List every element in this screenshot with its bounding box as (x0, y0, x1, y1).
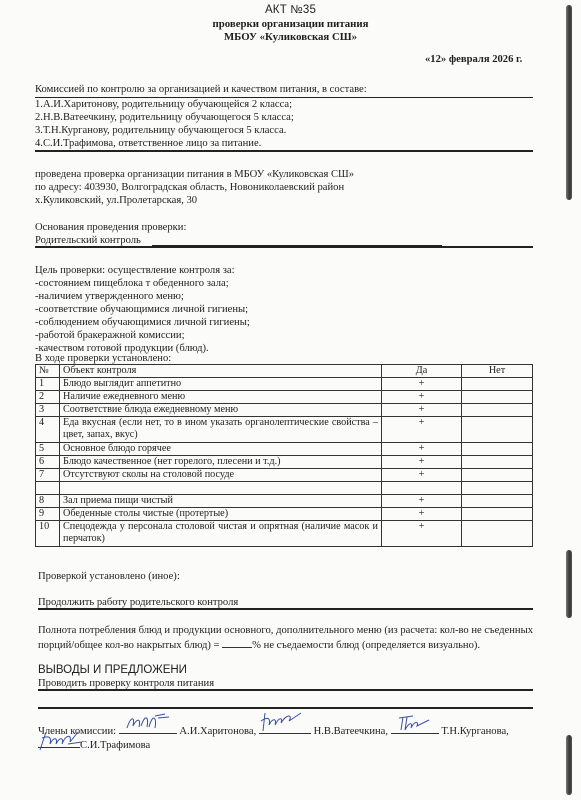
row-object (60, 482, 382, 495)
commission-intro: Комиссией по контролю за организацией и … (35, 83, 367, 96)
row-no (462, 521, 533, 547)
row-yes: + (382, 495, 462, 508)
school-name: МБОУ «Куликовская СШ» (0, 31, 581, 44)
signature-icon (125, 712, 183, 734)
row-no (462, 391, 533, 404)
row-num: 6 (36, 456, 60, 469)
row-num: 10 (36, 521, 60, 547)
other-label: Проверкой установлено (иное): (38, 570, 180, 583)
signature-line (391, 722, 439, 734)
row-object: Блюдо выглядит аппетитно (60, 378, 382, 391)
table-row: 10 Спецодежда у персонала столовой чиста… (36, 521, 533, 547)
table-row: 9 Обеденные столы чистые (протертые) + (36, 508, 533, 521)
table-row: 4 Еда вкусная (если нет, то в ином указа… (36, 417, 533, 443)
table-row: 8 Зал приема пищи чистый + (36, 495, 533, 508)
row-yes: + (382, 456, 462, 469)
row-no (462, 443, 533, 456)
row-no (462, 404, 533, 417)
row-num: 4 (36, 417, 60, 443)
row-object: Еда вкусная (если нет, то в ином указать… (60, 417, 382, 443)
row-yes: + (382, 508, 462, 521)
row-object: Наличие ежедневного меню (60, 391, 382, 404)
signature-icon (397, 714, 445, 734)
commission-member: 4.С.И.Трафимова, ответственное лицо за п… (35, 137, 261, 150)
goal-item: -соответствие обучающимися личной гигиен… (35, 303, 248, 316)
row-yes (382, 482, 462, 495)
goal-item: -наличием утвержденного меню; (35, 290, 184, 303)
divider (38, 608, 533, 610)
signature-line (38, 736, 80, 748)
row-object: Обеденные столы чистые (протертые) (60, 508, 382, 521)
row-no (462, 495, 533, 508)
row-no (462, 378, 533, 391)
consumption-percent-blank (222, 637, 252, 648)
member-name: А.И.Харитонова, (179, 726, 256, 737)
table-row: 6 Блюдо качественное (нет горелого, плес… (36, 456, 533, 469)
basis-label: Основания проведения проверки: (35, 221, 186, 234)
act-subtitle: проверки организации питания (0, 18, 581, 31)
row-object: Отсутствуют сколы на столовой посуде (60, 469, 382, 482)
row-num: 3 (36, 404, 60, 417)
inspection-address: х.Куликовский, ул.Пролетарская, 30 (35, 194, 197, 207)
act-title: АКТ №35 (0, 3, 581, 18)
title-block: АКТ №35 проверки организации питания МБО… (0, 3, 581, 44)
row-yes: + (382, 469, 462, 482)
signatures-row-2: С.И.Трафимова (38, 736, 150, 752)
conclusions-label: ВЫВОДЫ И ПРЕДЛОЖЕНИ (38, 663, 187, 677)
row-num: 5 (36, 443, 60, 456)
header-object: Объект контроля (60, 365, 382, 378)
document-page: АКТ №35 проверки организации питания МБО… (0, 0, 581, 800)
commission-member: 3.Т.Н.Курганову, родительницу обучающего… (35, 124, 286, 137)
row-object: Соответствие блюда ежедневному меню (60, 404, 382, 417)
member-name: С.И.Трафимова (80, 740, 150, 751)
control-table: № Объект контроля Да Нет 1 Блюдо выгляди… (35, 364, 533, 547)
inspection-address: по адресу: 403930, Волгоградская область… (35, 181, 344, 194)
divider (38, 707, 533, 709)
signature-icon (38, 730, 86, 752)
row-object: Основное блюдо горячее (60, 443, 382, 456)
table-row: 5 Основное блюдо горячее + (36, 443, 533, 456)
divider (38, 689, 533, 691)
act-date: «12» февраля 2026 г. (425, 53, 522, 66)
row-num: 1 (36, 378, 60, 391)
row-no (462, 482, 533, 495)
row-no (462, 417, 533, 443)
row-num: 9 (36, 508, 60, 521)
consumption-paragraph: Полнота потребления блюд и продукции осн… (38, 624, 533, 652)
table-row-empty (36, 482, 533, 495)
signature-icon (259, 711, 311, 733)
row-yes: + (382, 391, 462, 404)
header-num: № (36, 365, 60, 378)
row-no (462, 469, 533, 482)
header-no: Нет (462, 365, 533, 378)
scan-binding-edge (566, 550, 572, 618)
goal-item: -соблюдением обучающимися личной гигиены… (35, 316, 250, 329)
row-num: 2 (36, 391, 60, 404)
row-yes: + (382, 417, 462, 443)
table-row: 1 Блюдо выглядит аппетитно + (36, 378, 533, 391)
table-row: 2 Наличие ежедневного меню + (36, 391, 533, 404)
header-yes: Да (382, 365, 462, 378)
row-yes: + (382, 378, 462, 391)
member-name: Т.Н.Курганова, (441, 726, 508, 737)
row-yes: + (382, 443, 462, 456)
scan-binding-edge (566, 735, 572, 795)
row-yes: + (382, 521, 462, 547)
row-num: 7 (36, 469, 60, 482)
table-row: 3 Соответствие блюда ежедневному меню + (36, 404, 533, 417)
row-object: Зал приема пищи чистый (60, 495, 382, 508)
commission-member: 2.Н.В.Ватеечкину, родительницу обучающег… (35, 111, 294, 124)
row-no (462, 456, 533, 469)
signature-line (259, 722, 311, 734)
row-num (36, 482, 60, 495)
table-row: 7 Отсутствуют сколы на столовой посуде + (36, 469, 533, 482)
member-name: Н.В.Ватеечкина, (314, 726, 388, 737)
inspection-line: проведена проверка организации питания в… (35, 168, 354, 181)
commission-member: 1.А.И.Харитонову, родительницу обучающей… (35, 98, 292, 111)
row-object: Спецодежда у персонала столовой чистая и… (60, 521, 382, 547)
row-no (462, 508, 533, 521)
divider (35, 246, 533, 248)
signature-line (119, 722, 177, 734)
row-object: Блюдо качественное (нет горелого, плесен… (60, 456, 382, 469)
goal-label: Цель проверки: осуществление контроля за… (35, 264, 235, 277)
table-header-row: № Объект контроля Да Нет (36, 365, 533, 378)
consumption-text: % не съедаемости блюд (определяется визу… (252, 640, 480, 651)
goal-item: -состоянием пищеблока т обеденного зала; (35, 277, 229, 290)
row-yes: + (382, 404, 462, 417)
row-num: 8 (36, 495, 60, 508)
goal-item: -работой бракеражной комиссии; (35, 329, 185, 342)
divider (35, 150, 533, 152)
